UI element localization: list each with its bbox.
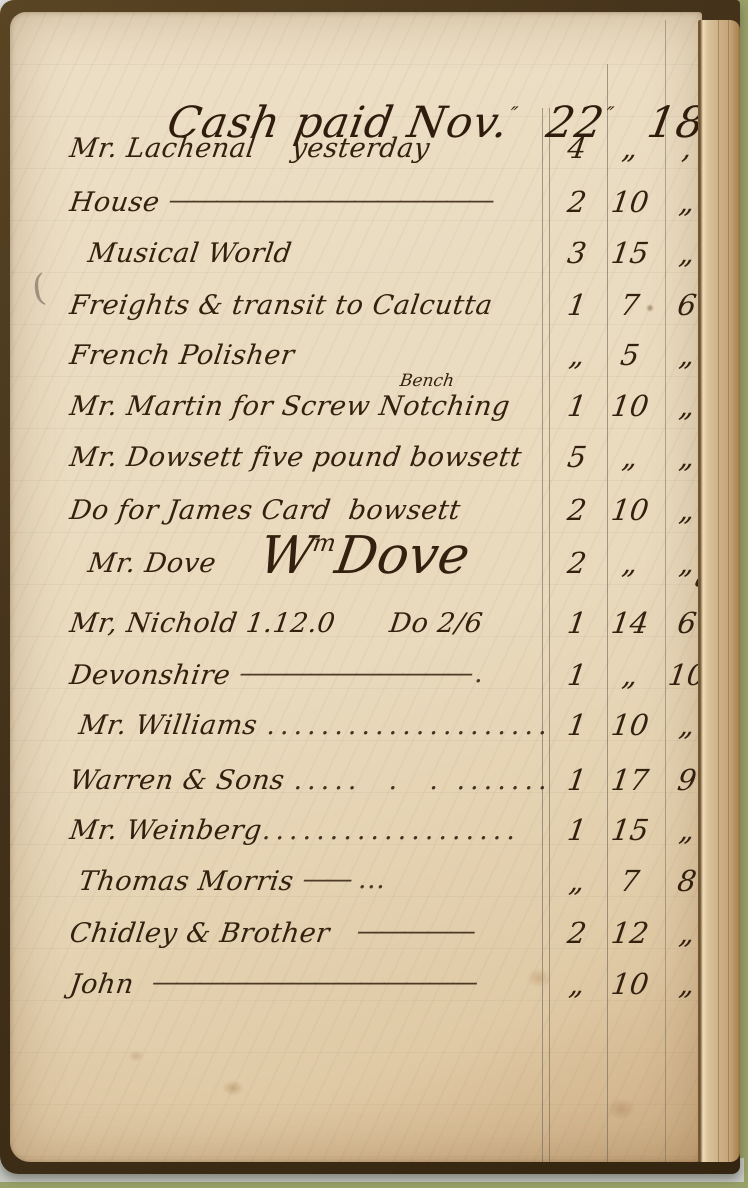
entry-description: Mr. Martin for Screw Notching: [68, 391, 512, 422]
entry-filler-line: —————: [357, 916, 472, 947]
entry-filler-line: —— . . .: [303, 864, 381, 895]
amount-pence: „: [662, 389, 702, 423]
ledger-book: Cash paid Nov.″22″1845 Mr. Lachenal yest…: [0, 0, 740, 1174]
amount-shillings: „: [600, 131, 661, 165]
entry-description: Mr. Williams: [68, 710, 269, 741]
page-stack-edge: [698, 20, 740, 1162]
amount-pence: 6: [662, 606, 702, 640]
page-edge-line: [728, 20, 729, 1162]
ledger-entry-row: House ——————————————210„: [70, 187, 702, 237]
entry-description: Mr. Dowsett five pound bowsett: [68, 442, 524, 473]
ledger-entry-row: Mr. DoveWmDove2„„: [70, 548, 702, 598]
entry-description: French Polisher: [68, 340, 297, 371]
amount-pence: 6: [662, 288, 702, 322]
entry-filler-line: —————————— .: [239, 658, 478, 689]
amount-pence: 10: [662, 658, 702, 692]
paper-stain: [606, 1098, 636, 1120]
ledger-entry-row: French Polisher„5„: [70, 340, 702, 390]
entry-description: Mr. Weinberg: [68, 815, 264, 846]
ledger-entry-row: Chidley & Brother —————212„: [70, 918, 702, 968]
amount-shillings: 10: [600, 185, 661, 219]
amount-shillings: 14: [600, 606, 661, 640]
amount-pounds: 3: [550, 236, 605, 270]
amount-shillings: 17: [600, 763, 661, 797]
amount-shillings: 12: [600, 916, 661, 950]
paper-stain: [526, 968, 552, 988]
ledger-entry-row: Musical World315„: [70, 238, 702, 288]
amount-pounds: „: [550, 864, 605, 898]
ledger-page: Cash paid Nov.″22″1845 Mr. Lachenal yest…: [10, 12, 702, 1162]
amount-pounds: 1: [550, 606, 605, 640]
entry-filler-dots: .....................: [266, 710, 551, 741]
photo-of-ledger: { "document": { "kind": "Handwritten cas…: [0, 0, 748, 1188]
entry-description: Mr. Dove: [68, 548, 218, 579]
entry-filler-line: ——————————————: [152, 967, 474, 998]
ledger-entry-row: Warren & Sons ..... . . .......1179: [70, 765, 702, 815]
entry-description: John: [68, 969, 154, 1000]
amount-shillings: 15: [600, 813, 661, 847]
ledger-entry-row: Thomas Morris —— . . .„78: [70, 866, 702, 916]
ledger-entry-row: John ——————————————„10„: [70, 969, 702, 1019]
ledger-entry-row: Devonshire —————————— .1„10: [70, 660, 702, 710]
amount-pence: „: [662, 916, 702, 950]
amount-pence: „: [662, 813, 702, 847]
amount-pounds: 5: [550, 440, 605, 474]
amount-pence: „: [662, 967, 702, 1001]
entry-signature: WmDove: [260, 526, 469, 586]
amount-pounds: 2: [550, 185, 605, 219]
signature-superscript: m: [311, 529, 338, 557]
amount-shillings: „: [600, 658, 661, 692]
amount-shillings: 10: [600, 389, 661, 423]
paper-stain: [646, 304, 654, 312]
entry-description: Chidley & Brother: [68, 918, 359, 949]
amount-pounds: 2: [550, 546, 605, 580]
amount-shillings: 10: [600, 493, 661, 527]
amount-pounds: 1: [550, 389, 605, 423]
entry-description: Thomas Morris: [68, 866, 305, 897]
amount-pence: „: [662, 338, 702, 372]
amount-shillings: 7: [600, 864, 661, 898]
amount-pounds: 1: [550, 763, 605, 797]
ledger-entry-row: Freights & transit to Calcutta176: [70, 290, 702, 340]
amount-pounds: 1: [550, 708, 605, 742]
paper-stain: [222, 1080, 244, 1096]
amount-shillings: „: [600, 440, 661, 474]
entry-description: Do for James Card bowsett: [68, 495, 463, 526]
amount-pounds: 1: [550, 288, 605, 322]
paper-stain: [128, 1050, 144, 1062]
entry-description: Devonshire: [68, 660, 242, 691]
ledger-entry-row: Mr. Lachenal yesterday4„‚: [70, 133, 702, 183]
amount-pence: „: [662, 236, 702, 270]
amount-pounds: 2: [550, 916, 605, 950]
entry-filler-line: ——————————————: [169, 185, 491, 216]
amount-pence: „: [662, 708, 702, 742]
amount-pounds: 1: [550, 813, 605, 847]
amount-pounds: 1: [550, 658, 605, 692]
amount-pounds: 2: [550, 493, 605, 527]
entry-filler-dots: ..... . . .......: [293, 765, 551, 796]
entry-annotation: Bench: [399, 371, 456, 391]
amount-pence: „: [662, 546, 702, 580]
entry-description: Warren & Sons: [68, 765, 296, 796]
entry-description: Freights & transit to Calcutta: [68, 290, 495, 321]
amount-pounds: „: [550, 338, 605, 372]
page-edge-line: [718, 20, 719, 1162]
amount-shillings: 5: [600, 338, 661, 372]
signature-name: Dove: [331, 526, 474, 586]
ledger-entry-row: Mr. Martin for Screw NotchingBench110„: [70, 391, 702, 441]
entry-description: Musical World: [68, 238, 294, 269]
amount-pounds: „: [550, 967, 605, 1001]
amount-pence: „: [662, 493, 702, 527]
ledger-entry-row: Mr. Weinberg...................115„: [70, 815, 702, 865]
amount-shillings: 15: [600, 236, 661, 270]
entry-description: Mr. Lachenal yesterday: [68, 133, 432, 164]
amount-shillings: „: [600, 546, 661, 580]
ledger-entry-row: Mr. Williams .....................110„: [70, 710, 702, 760]
entry-description: Mr, Nichold 1.12.0 Do 2/6: [68, 608, 485, 639]
entry-description: House: [68, 187, 171, 218]
entry-filler-dots: ...................: [262, 815, 520, 846]
margin-pencil-mark: (: [30, 267, 48, 309]
amount-pence: „: [662, 185, 702, 219]
amount-pence: ‚: [662, 131, 702, 165]
amount-shillings: 10: [600, 708, 661, 742]
ledger-entry-row: Mr, Nichold 1.12.0 Do 2/61146: [70, 608, 702, 658]
amount-pence: 9: [662, 763, 702, 797]
ledger-entry-row: Mr. Dowsett five pound bowsett5„„: [70, 442, 702, 492]
signature-initial: W: [255, 526, 318, 586]
amount-pounds: 4: [550, 131, 605, 165]
amount-pence: „: [662, 440, 702, 474]
amount-shillings: 10: [600, 967, 661, 1001]
amount-pence: 8: [662, 864, 702, 898]
